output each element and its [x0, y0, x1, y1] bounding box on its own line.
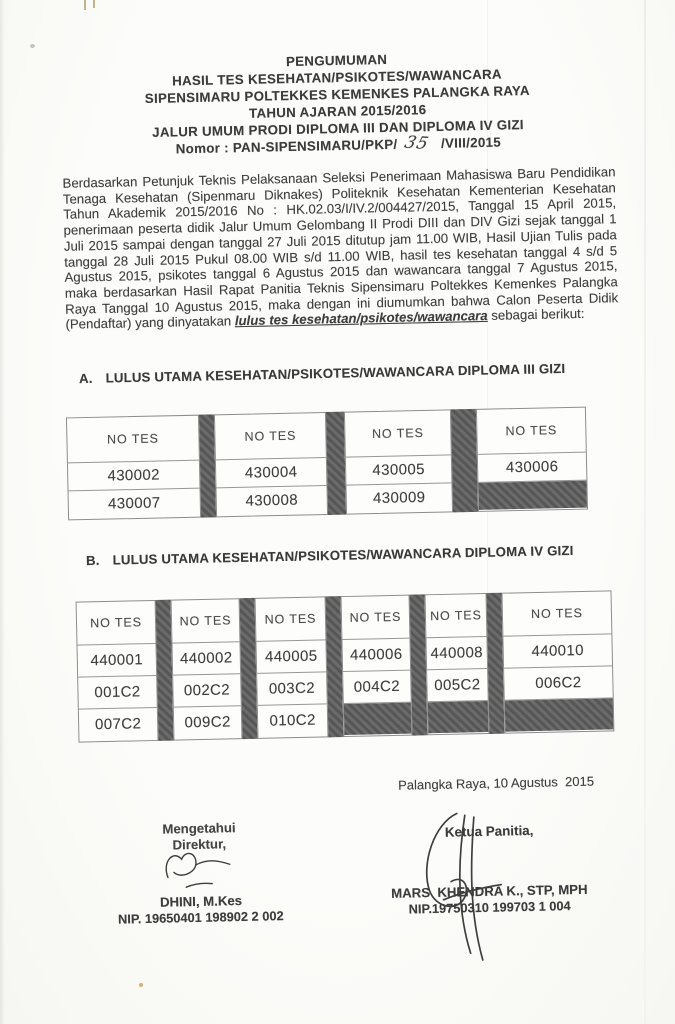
pencil-mark — [93, 0, 95, 8]
handwritten-number: 35 — [402, 135, 430, 153]
test-number-cell: 003C2 — [257, 671, 327, 704]
paragraph-text-end: sebagai berikut: — [488, 306, 585, 323]
column-header: NO TES — [172, 599, 240, 642]
section-a-heading: A. LULUS UTAMA KESEHATAN/PSIKOTES/WAWANC… — [79, 361, 566, 386]
test-number-cell: 430006 — [478, 452, 587, 482]
table-separator-bar — [326, 412, 346, 515]
left-signatory-role-line1: Mengetahui — [129, 819, 269, 837]
section-a-title: LULUS UTAMA KESEHATAN/PSIKOTES/WAWANCARA… — [105, 361, 565, 386]
closing-signature-area: Palangka Raya, 10 Agustus 2015 Mengetahu… — [0, 763, 675, 987]
test-number-cell: 440006 — [342, 638, 410, 671]
document-number-suffix: /VIII/2015 — [441, 134, 501, 152]
test-number-cell: 440010 — [503, 633, 612, 667]
table-a-column: NO TES 430002 430007 — [66, 415, 201, 521]
table-a-column: NO TES 430006 — [476, 407, 588, 512]
test-number-cell: 430009 — [346, 482, 452, 512]
test-number-cell: 430002 — [68, 460, 200, 491]
table-separator-bar — [451, 409, 478, 513]
test-number-cell: 430004 — [216, 457, 327, 487]
left-signatory-nip: NIP. 19650401 198902 2 002 — [101, 908, 301, 927]
table-b-column: NO TES 440008 005C2 — [425, 593, 490, 735]
document-header: PENGUMUMAN HASIL TES KESEHATAN/PSIKOTES/… — [19, 45, 656, 160]
column-header: NO TES — [503, 591, 612, 635]
column-header: NO TES — [77, 601, 156, 645]
opening-paragraph: Berdasarkan Petunjuk Teknis Pelaksanaan … — [62, 164, 618, 333]
column-header: NO TES — [215, 413, 326, 459]
test-number-cell: 004C2 — [343, 670, 411, 703]
table-a-column: NO TES 430004 430008 — [214, 412, 328, 517]
test-number-cell: 002C2 — [173, 673, 241, 706]
test-number-cell: 440002 — [172, 641, 240, 674]
table-a-column: NO TES 430005 430009 — [344, 409, 453, 514]
right-signatory-title: Ketua Panitia, — [424, 822, 554, 840]
test-number-cell: 430005 — [346, 454, 452, 484]
section-a-label: A. — [79, 371, 93, 386]
shaded-empty-cell — [505, 697, 614, 731]
test-number-cell: 430008 — [216, 485, 327, 515]
shaded-empty-cell — [428, 700, 489, 733]
table-diploma-iv-gizi: NO TES 440001 001C2 007C2 NO TES 440002 … — [76, 590, 615, 742]
column-header: NO TES — [477, 408, 586, 454]
column-header: NO TES — [426, 594, 487, 637]
table-diploma-iii-gizi: NO TES 430002 430007 NO TES 430004 43000… — [66, 407, 588, 521]
pencil-mark — [84, 0, 86, 10]
right-signatory-nip: NIP.19750310 199703 1 004 — [384, 898, 596, 917]
test-number-cell: 010C2 — [258, 703, 328, 736]
column-header: NO TES — [345, 410, 451, 456]
shaded-empty-cell — [478, 480, 587, 510]
test-number-cell: 440005 — [256, 639, 326, 672]
section-b-heading: B. LULUS UTAMA KESEHATAN/PSIKOTES/WAWANC… — [86, 543, 574, 568]
shaded-empty-cell — [344, 702, 412, 735]
table-b-column: NO TES 440005 003C2 010C2 — [255, 596, 329, 738]
table-b-column: NO TES 440006 004C2 — [341, 595, 413, 737]
section-b-label: B. — [86, 553, 100, 568]
test-number-cell: 009C2 — [174, 705, 242, 738]
section-b-title: LULUS UTAMA KESEHATAN/PSIKOTES/WAWANCARA… — [112, 543, 573, 568]
scanned-announcement-document: PENGUMUMAN HASIL TES KESEHATAN/PSIKOTES/… — [0, 0, 675, 1024]
test-number-cell: 440008 — [426, 636, 487, 669]
test-number-cell: 001C2 — [78, 675, 157, 709]
test-number-cell: 430007 — [69, 488, 201, 519]
test-number-cell: 006C2 — [504, 665, 613, 699]
table-b-column: NO TES 440002 002C2 009C2 — [171, 598, 243, 740]
director-signature — [157, 846, 243, 894]
scan-speck — [30, 44, 35, 48]
place-and-date: Palangka Raya, 10 Agustus 2015 — [398, 774, 594, 793]
left-signatory-name: DHINI, M.Kes — [128, 892, 273, 910]
test-number-cell: 007C2 — [79, 707, 158, 741]
test-number-cell: 005C2 — [427, 668, 488, 701]
test-number-cell: 440001 — [77, 643, 156, 677]
column-header: NO TES — [67, 416, 199, 463]
table-b-column: NO TES 440001 001C2 007C2 — [76, 600, 159, 743]
table-b-column: NO TES 440010 006C2 — [501, 590, 614, 733]
document-number-prefix: Nomor : PAN-SIPENSIMARU/PKP/ — [176, 136, 398, 158]
column-header: NO TES — [256, 597, 326, 640]
column-header: NO TES — [342, 596, 410, 639]
